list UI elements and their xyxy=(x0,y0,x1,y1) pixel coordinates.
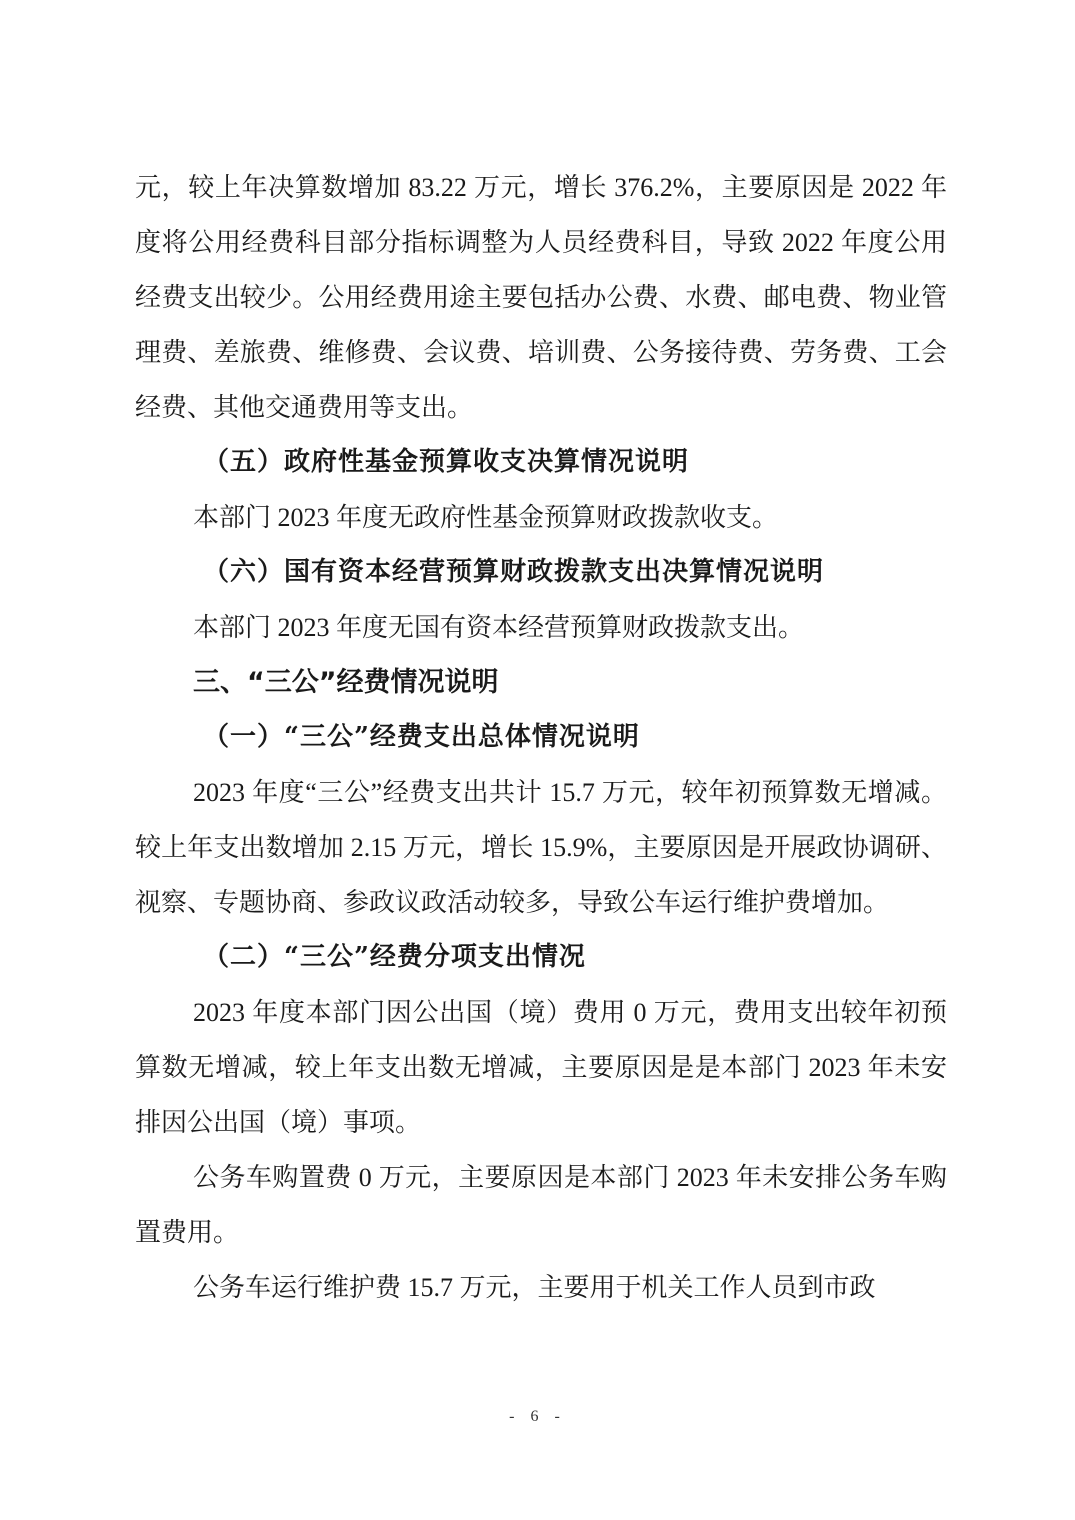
page-number: - 6 - xyxy=(0,1408,1075,1426)
heading-three-public-overall: （一）“三公”经费支出总体情况说明 xyxy=(135,710,947,765)
paragraph-vehicle-purchase: 公务车购置费 0 万元，主要原因是本部门 2023 年未安排公务车购置费用。 xyxy=(135,1150,947,1260)
paragraph-public-expenses-continued: 元，较上年决算数增加 83.22 万元，增长 376.2%，主要原因是 2022… xyxy=(135,160,947,435)
paragraph-three-public-overall: 2023 年度“三公”经费支出共计 15.7 万元，较年初预算数无增减。较上年支… xyxy=(135,765,947,930)
heading-state-capital-budget: （六）国有资本经营预算财政拨款支出决算情况说明 xyxy=(135,545,947,600)
heading-three-public-itemized: （二）“三公”经费分项支出情况 xyxy=(135,930,947,985)
heading-three-public-expenses: 三、“三公”经费情况说明 xyxy=(135,655,947,710)
paragraph-vehicle-maintenance: 公务车运行维护费 15.7 万元，主要用于机关工作人员到市政 xyxy=(135,1260,947,1315)
paragraph-government-fund-budget: 本部门 2023 年度无政府性基金预算财政拨款收支。 xyxy=(135,490,947,545)
heading-government-fund-budget: （五）政府性基金预算收支决算情况说明 xyxy=(135,435,947,490)
paragraph-overseas-travel: 2023 年度本部门因公出国（境）费用 0 万元，费用支出较年初预算数无增减，较… xyxy=(135,985,947,1150)
paragraph-state-capital-budget: 本部门 2023 年度无国有资本经营预算财政拨款支出。 xyxy=(135,600,947,655)
document-page: 元，较上年决算数增加 83.22 万元，增长 376.2%，主要原因是 2022… xyxy=(135,160,947,1315)
